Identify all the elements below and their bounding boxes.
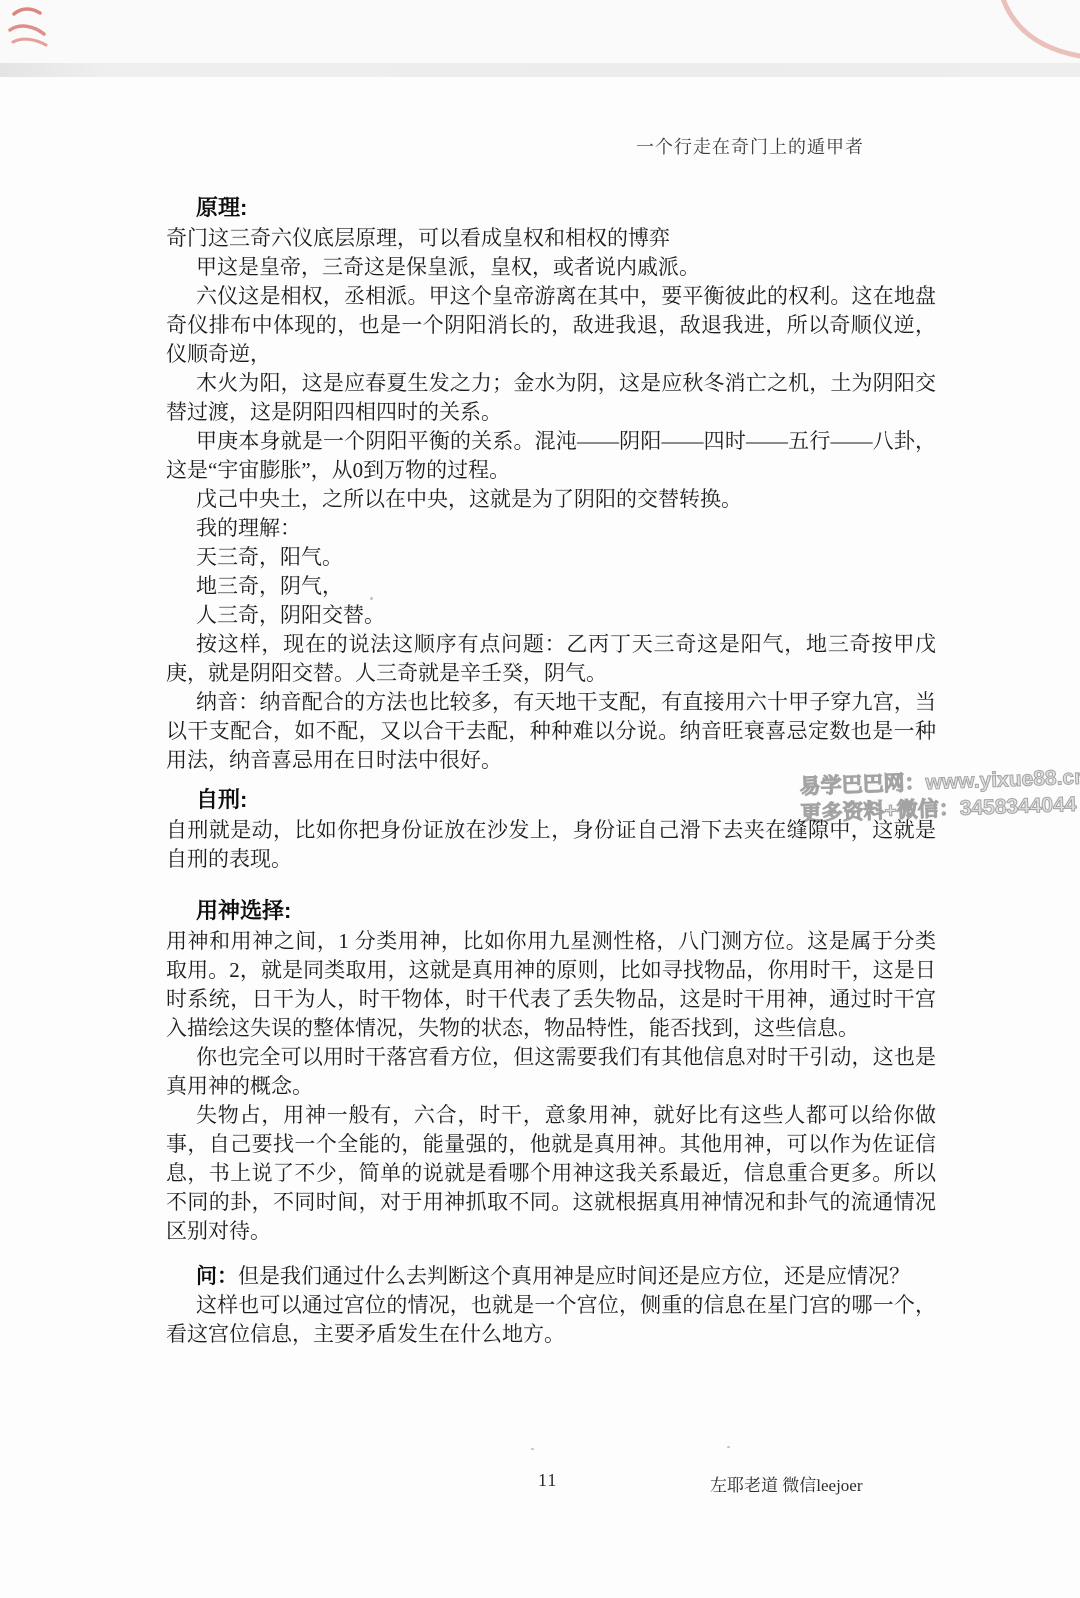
question-label: 问：	[196, 1265, 238, 1288]
paragraph: 六仪这是相权，丞相派。甲这个皇帝游离在其中，要平衡彼此的权利。这在地盘奇仪排布中…	[166, 282, 936, 369]
paragraph: 戊己中央土，之所以在中央，这就是为了阴阳的交替转换。	[166, 485, 936, 514]
section-heading-yongshen: 用神选择:	[196, 898, 936, 924]
paragraph: 按这样，现在的说法这顺序有点问题：乙丙丁天三奇这是阳气，地三奇按甲戊庚，就是阴阳…	[166, 630, 936, 688]
section-yongshen-body: 用神和用神之间，1 分类用神，比如你用九星测性格，八门测方位。这是属于分类取用。…	[166, 927, 936, 1246]
scanned-document-page: 易学巴巴网：www.yixue88.cn 更多资料+微信：3458344044 …	[0, 0, 1080, 1598]
author-credit: 左耶老道 微信leejoer	[710, 1471, 863, 1496]
section-heading-self-punishment: 自刑:	[196, 787, 936, 813]
paragraph: 你也完全可以用时干落宫看方位，但这需要我们有其他信息对时干引动，这也是真用神的概…	[166, 1043, 936, 1101]
answer-paragraph: 这样也可以通过宫位的情况，也就是一个宫位，侧重的信息在星门宫的哪一个，看这宫位信…	[166, 1291, 936, 1349]
paragraph: 甲庚本身就是一个阴阳平衡的关系。混沌——阴阳——四时——五行——八卦，这是“宇宙…	[166, 427, 936, 485]
running-header: 一个行走在奇门上的遁甲者	[166, 135, 936, 159]
paragraph: 我的理解：	[166, 514, 936, 543]
document-content: 一个行走在奇门上的遁甲者 原理: 奇门这三奇六仪底层原理，可以看成皇权和相权的博…	[166, 0, 936, 1349]
paragraph: 奇门这三奇六仪底层原理，可以看成皇权和相权的博弈	[166, 224, 936, 253]
page-number: 11	[538, 1470, 557, 1491]
section-principle-body: 奇门这三奇六仪底层原理，可以看成皇权和相权的博弈 甲这是皇帝，三奇这是保皇派，皇…	[166, 224, 936, 775]
section-self-punishment-body: 自刑就是动，比如你把身份证放在沙发上，身份证自己滑下去夹在缝隙中，这就是自刑的表…	[166, 816, 936, 874]
scan-speck	[727, 1446, 730, 1448]
scan-speck	[370, 597, 373, 600]
paragraph: 用神和用神之间，1 分类用神，比如你用九星测性格，八门测方位。这是属于分类取用。…	[166, 927, 936, 1043]
paragraph: 地三奇，阴气，	[166, 572, 936, 601]
paragraph: 纳音：纳音配合的方法也比较多，有天地干支配，有直接用六十甲子穿九宫，当以干支配合…	[166, 688, 936, 775]
paragraph: 木火为阳，这是应春夏生发之力；金水为阴，这是应秋冬消亡之机，土为阴阳交替过渡，这…	[166, 369, 936, 427]
question-paragraph: 问：但是我们通过什么去判断这个真用神是应时间还是应方位，还是应情况？	[166, 1262, 936, 1291]
scan-speck	[256, 1334, 259, 1337]
paragraph: 甲这是皇帝，三奇这是保皇派，皇权，或者说内戚派。	[166, 253, 936, 282]
page-footer: 11 左耶老道 微信leejoer	[0, 1470, 1080, 1500]
paragraph: 人三奇，阴阳交替。	[166, 601, 936, 630]
paragraph: 天三奇，阳气。	[166, 543, 936, 572]
paragraph: 自刑就是动，比如你把身份证放在沙发上，身份证自己滑下去夹在缝隙中，这就是自刑的表…	[166, 816, 936, 874]
scan-speck	[531, 1448, 534, 1450]
paragraph: 失物占，用神一般有，六合，时干，意象用神，就好比有这些人都可以给你做事，自己要找…	[166, 1101, 936, 1246]
question-text: 但是我们通过什么去判断这个真用神是应时间还是应方位，还是应情况？	[238, 1264, 910, 1288]
section-heading-principle: 原理:	[196, 195, 936, 221]
